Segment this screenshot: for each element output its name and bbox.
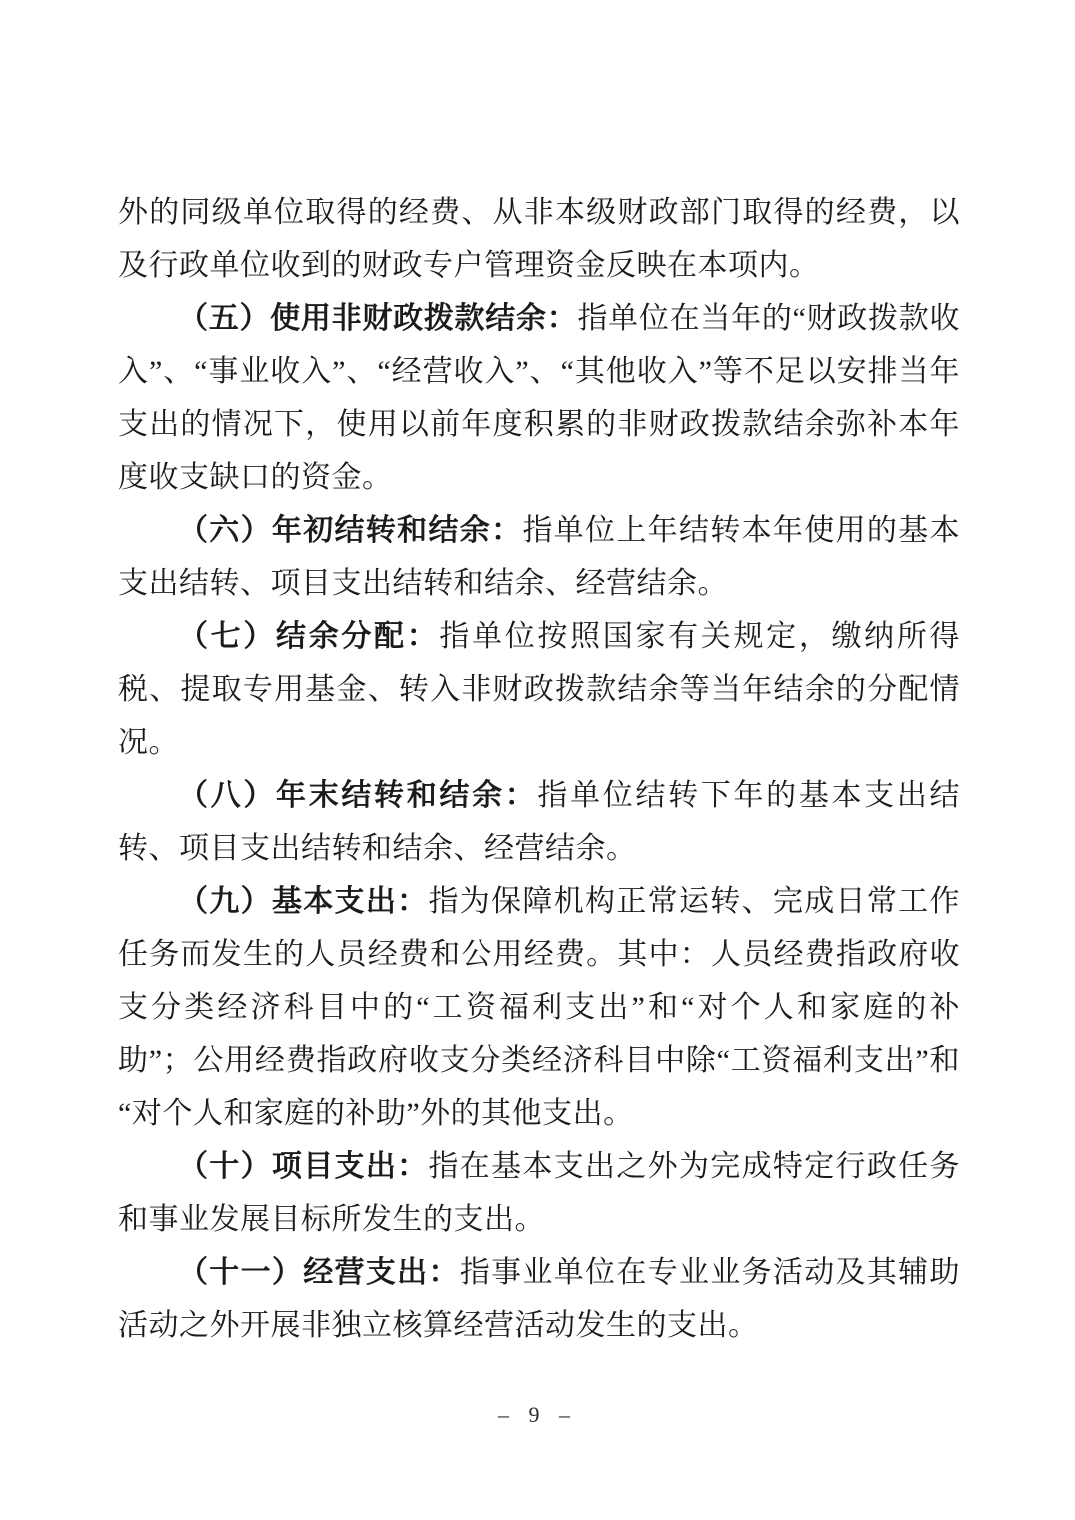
paragraph-lead: （五）使用非财政拨款结余： — [178, 302, 577, 335]
paragraph-item-7: （七）结余分配：指单位按照国家有关规定，缴纳所得税、提取专用基金、转入非财政拨款… — [118, 610, 960, 769]
paragraph-text: 指为保障机构正常运转、完成日常工作任务而发生的人员经费和公用经费。其中：人员经费… — [118, 885, 960, 1130]
page-number: – 9 – — [0, 1402, 1075, 1428]
paragraph-item-6: （六）年初结转和结余：指单位上年结转本年使用的基本支出结转、项目支出结转和结余、… — [118, 504, 960, 610]
paragraph-text: 外的同级单位取得的经费、从非本级财政部门取得的经费，以及行政单位收到的财政专户管… — [118, 196, 960, 282]
paragraph-lead: （八）年末结转和结余： — [178, 779, 537, 812]
paragraph-item-5: （五）使用非财政拨款结余：指单位在当年的“财政拨款收入”、“事业收入”、“经营收… — [118, 292, 960, 504]
document-body: 外的同级单位取得的经费、从非本级财政部门取得的经费，以及行政单位收到的财政专户管… — [118, 186, 960, 1352]
paragraph-lead: （六）年初结转和结余： — [178, 514, 522, 547]
paragraph-item-8: （八）年末结转和结余：指单位结转下年的基本支出结转、项目支出结转和结余、经营结余… — [118, 769, 960, 875]
paragraph-lead: （十）项目支出： — [178, 1150, 429, 1183]
document-page: 外的同级单位取得的经费、从非本级财政部门取得的经费，以及行政单位收到的财政专户管… — [0, 0, 1075, 1520]
paragraph-lead: （十一）经营支出： — [178, 1256, 460, 1289]
paragraph-item-10: （十）项目支出：指在基本支出之外为完成特定行政任务和事业发展目标所发生的支出。 — [118, 1140, 960, 1246]
paragraph-lead: （七）结余分配： — [178, 620, 439, 653]
paragraph-continuation: 外的同级单位取得的经费、从非本级财政部门取得的经费，以及行政单位收到的财政专户管… — [118, 186, 960, 292]
paragraph-item-11: （十一）经营支出：指事业单位在专业业务活动及其辅助活动之外开展非独立核算经营活动… — [118, 1246, 960, 1352]
paragraph-item-9: （九）基本支出：指为保障机构正常运转、完成日常工作任务而发生的人员经费和公用经费… — [118, 875, 960, 1140]
paragraph-lead: （九）基本支出： — [178, 885, 429, 918]
